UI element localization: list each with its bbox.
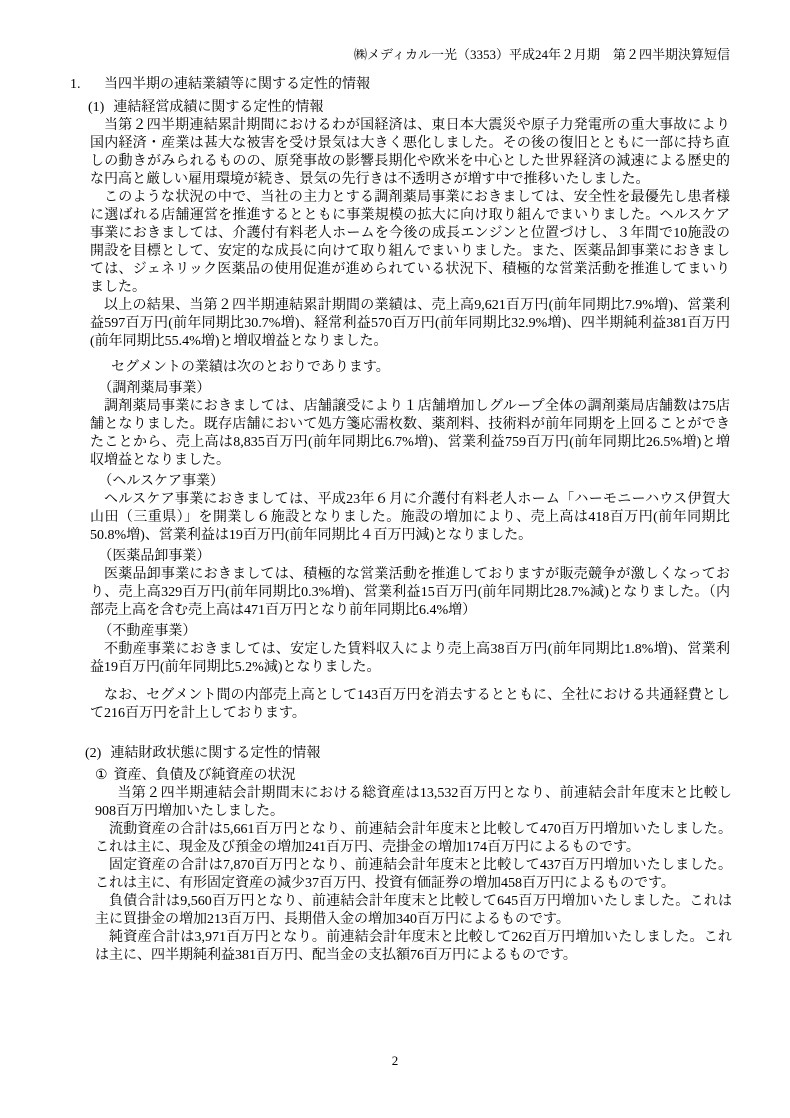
segment-pharmacy-heading: （調剤薬局事業） [90, 380, 730, 398]
segment-healthcare-heading: （ヘルスケア事業） [90, 473, 730, 491]
document-page: ㈱メディカル一光（3353）平成24年２月期 第２四半期決算短信 1.当四半期の… [0, 0, 790, 1118]
paragraph-total-assets: 当第２四半期連結会計期間末における総資産は13,532百万円となり、前連結会計年… [95, 785, 732, 821]
segment-pharmacy-body: 調剤薬局事業におきましては、店舗譲受により１店舗増加しグループ全体の調剤薬局店舗… [90, 398, 730, 470]
paragraph-net-assets: 純資産合計は3,971百万円となり。前連結会計年度末と比較して262百万円増加い… [95, 929, 732, 965]
paragraph-liabilities: 負債合計は9,560百万円となり、前連結会計年度末と比較して645百万円増加いた… [95, 893, 732, 929]
segment-wholesale-heading: （医薬品卸事業） [90, 548, 730, 566]
paragraph-business-policy: このような状況の中で、当社の主力とする調剤薬局事業におきましては、安全性を最優先… [90, 189, 730, 297]
segment-realestate-heading: （不動産事業） [90, 623, 730, 641]
segment-wholesale-body: 医薬品卸事業におきましては、積極的な営業活動を推進しておりますが販売競争が激しく… [90, 566, 730, 620]
segment-realestate-body: 不動産事業におきましては、安定した賃料収入により売上高38百万円(前年同期比1.… [90, 641, 730, 677]
subsection-1-title: 連結経営成績に関する定性的情報 [113, 100, 323, 115]
paragraph-current-assets: 流動資産の合計は5,661百万円となり、前連結会計年度末と比較して470百万円増… [95, 821, 732, 857]
item-1-heading: ①資産、負債及び純資産の状況 [95, 767, 790, 785]
segments-intro: セグメントの業績は次のとおりであります。 [90, 359, 730, 377]
paragraph-fixed-assets: 固定資産の合計は7,870百万円となり、前連結会計年度末と比較して437百万円増… [95, 857, 732, 893]
segments-note: なお、セグメント間の内部売上高として143百万円を消去するとともに、全社における… [90, 687, 730, 723]
paragraph-results-summary: 以上の結果、当第２四半期連結累計期間の業績は、売上高9,621百万円(前年同期比… [90, 297, 730, 351]
page-number: 2 [0, 1052, 790, 1070]
document-header: ㈱メディカル一光（3353）平成24年２月期 第２四半期決算短信 [0, 46, 730, 63]
section-1-title: 当四半期の連結業績等に関する定性的情報 [104, 77, 370, 92]
subsection-1-body: 当第２四半期連結累計期間におけるわが国経済は、東日本大震災や原子力発電所の重大事… [90, 117, 730, 723]
subsection-1-number: (1) [88, 100, 104, 115]
section-1-heading: 1.当四半期の連結業績等に関する定性的情報 [70, 76, 790, 94]
item-1-body: 当第２四半期連結会計期間末における総資産は13,532百万円となり、前連結会計年… [95, 785, 732, 965]
segment-healthcare-body: ヘルスケア事業におきましては、平成23年６月に介護付有料老人ホーム「ハーモニーハ… [90, 491, 730, 545]
document-content: 1.当四半期の連結業績等に関する定性的情報 (1)連結経営成績に関する定性的情報… [0, 63, 790, 965]
section-1-number: 1. [70, 76, 104, 94]
item-1-title: 資産、負債及び純資産の状況 [114, 768, 296, 783]
item-1-number: ① [95, 768, 108, 783]
paragraph-economy: 当第２四半期連結累計期間におけるわが国経済は、東日本大震災や原子力発電所の重大事… [90, 117, 730, 189]
subsection-2-title: 連結財政状態に関する定性的情報 [110, 746, 320, 761]
subsection-2-number: (2) [85, 746, 101, 761]
subsection-2-heading: (2)連結財政状態に関する定性的情報 [85, 745, 790, 763]
subsection-1-heading: (1)連結経営成績に関する定性的情報 [88, 99, 790, 117]
